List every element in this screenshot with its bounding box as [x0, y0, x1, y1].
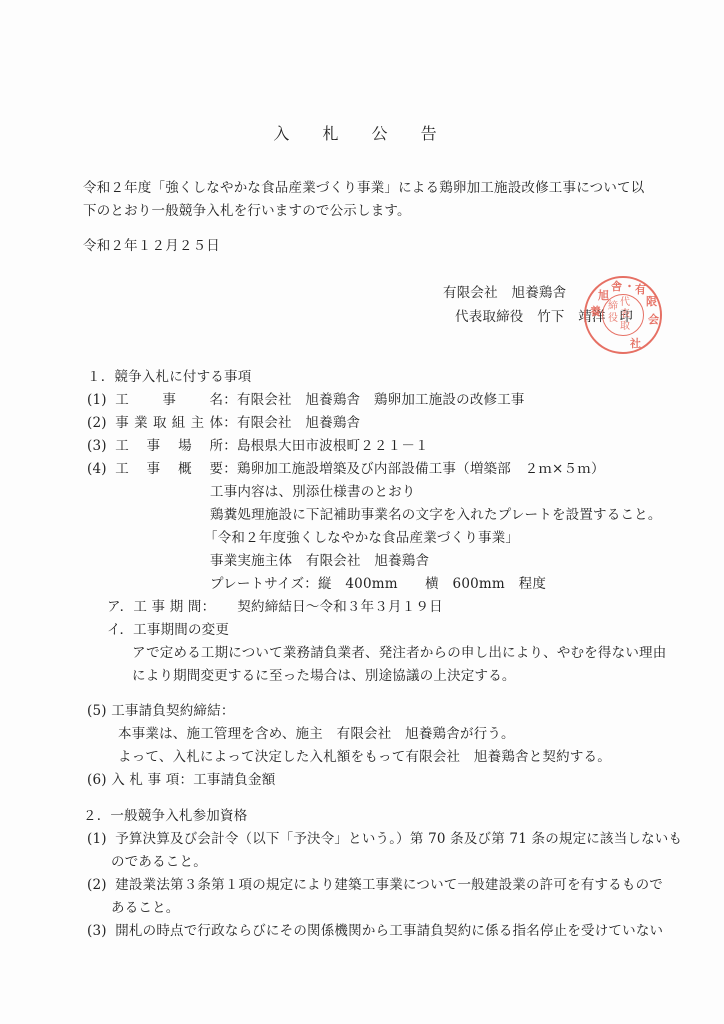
- seal-char: 舎: [611, 281, 622, 292]
- period-a-label: ア．工 事 期 間：: [107, 599, 215, 615]
- period-b-line-2: により期間変更するに至った場合は、別途協議の上決定する。: [132, 668, 516, 684]
- item-number: (2): [87, 415, 107, 431]
- item-text: 予算決算及び会計令（以下「予決令」という。）第 70 条及び第 71 条の規定に…: [115, 831, 682, 847]
- item-number: (1): [87, 392, 107, 408]
- section-1-item-1: (1) 工 事 名：有限会社 旭養鶏舎 鶏卵加工施設の改修工事: [87, 392, 525, 408]
- period-a: ア．工 事 期 間：契約締結日～令和３年３月１９日: [107, 599, 443, 615]
- section-2-item-1: (1) 予算決算及び会計令（以下「予決令」という。）第 70 条及び第 71 条…: [87, 831, 682, 847]
- overview-line-5: プレートサイズ：縦 400mm 横 600mm 程度: [210, 576, 546, 592]
- seal-char: 締: [608, 302, 618, 312]
- section-2-item-2: (2) 建設業法第３条第１項の規定により建築工事業について一般建設業の許可を有す…: [87, 877, 663, 893]
- overview-line-4: 事業実施主体 有限会社 旭養鶏舎: [210, 553, 429, 569]
- notice-date: 令和２年１２月２５日: [83, 238, 220, 254]
- seal-char: 養: [590, 306, 601, 317]
- seal-char: 役: [608, 314, 618, 324]
- section-1-item-4: (4) 工 事 概 要：鶏卵加工施設増築及び内部設備工事（増築部 ２ｍ×５ｍ）: [87, 461, 605, 477]
- item-label: 工 事 場 所: [115, 438, 223, 454]
- seal-char: 社: [630, 338, 641, 349]
- seal-char: 限: [646, 296, 657, 307]
- document-page: 入 札 公 告 令和２年度「強くしなやかな食品産業づくり事業」による鶏卵加工施設…: [0, 0, 724, 1024]
- overview-line-2: 鶏糞処理施設に下記補助事業名の文字を入れたプレートを設置すること。: [210, 507, 662, 523]
- item-label: 工 事 概 要: [115, 461, 223, 477]
- item-6-label: (6) 入 札 事 項：: [87, 772, 193, 788]
- section-2-item-2-cont: あること。: [111, 900, 180, 916]
- section-1-item-5-label: (5) 工事請負契約締結：: [87, 703, 235, 719]
- seal-char: 有: [635, 284, 646, 295]
- item-number: (2): [87, 877, 107, 893]
- section-2-item-1-cont: のであること。: [111, 854, 207, 870]
- item-number: (1): [87, 831, 107, 847]
- item-label: 事業取組主体: [115, 415, 223, 431]
- label-colon: ：: [223, 415, 237, 431]
- seal-char: ・: [624, 281, 635, 292]
- seal-char: 代: [620, 298, 630, 308]
- item-number: (3): [87, 438, 107, 454]
- period-b-label: イ．工事期間の変更: [107, 622, 229, 638]
- section-1-item-2: (2) 事業取組主体：有限会社 旭養鶏舎: [87, 415, 360, 431]
- item-value: 有限会社 旭養鶏舎 鶏卵加工施設の改修工事: [237, 392, 525, 408]
- intro-line-2: 下のとおり一般競争入札を行いますので公示します。: [83, 203, 411, 219]
- seal-char: 会: [648, 314, 659, 325]
- item-6-value: 工事請負金額: [193, 772, 275, 788]
- intro-line-1: 令和２年度「強くしなやかな食品産業づくり事業」による鶏卵加工施設改修工事について…: [83, 180, 644, 196]
- section-2-item-3: (3) 開札の時点で行政ならびにその関係機関から工事請負契約に係る指名停止を受け…: [87, 923, 663, 939]
- item-number: (3): [87, 923, 107, 939]
- item-label: 工 事 名: [115, 392, 223, 408]
- document-title: 入 札 公 告: [0, 121, 724, 144]
- period-a-value: 契約締結日～令和３年３月１９日: [237, 599, 443, 615]
- seal-char: 表: [620, 310, 630, 320]
- seal-char: 取: [620, 322, 630, 332]
- item-5-line-1: 本事業は、施工管理を含め、施主 有限会社 旭養鶏舎が行う。: [118, 726, 515, 742]
- section-1-heading: １．競争入札に付する事項: [87, 369, 251, 385]
- overview-line-3: 「令和２年度強くしなやかな食品産業づくり事業」: [204, 530, 519, 546]
- label-colon: ：: [223, 461, 237, 477]
- item-5-line-2: よって、入札によって決定した入札額をもって有限会社 旭養鶏舎と契約する。: [118, 749, 611, 765]
- period-b-line-1: アで定める工期について業務請負業者、発注者からの申し出により、やむを得ない理由: [132, 645, 666, 661]
- label-colon: ：: [223, 438, 237, 454]
- item-number: (4): [87, 461, 107, 477]
- seal-char: 旭: [598, 290, 609, 301]
- section-1-item-6: (6) 入 札 事 項：工事請負金額: [87, 772, 275, 788]
- item-value: 鶏卵加工施設増築及び内部設備工事（増築部 ２ｍ×５ｍ）: [237, 461, 605, 477]
- section-1-item-3: (3) 工 事 場 所：島根県大田市波根町２２１－１: [87, 438, 429, 454]
- item-value: 有限会社 旭養鶏舎: [237, 415, 360, 431]
- label-colon: ：: [223, 392, 237, 408]
- item-value: 島根県大田市波根町２２１－１: [237, 438, 429, 454]
- item-text: 建設業法第３条第１項の規定により建築工事業について一般建設業の許可を有するもので: [115, 877, 663, 893]
- section-2-heading: ２．一般競争入札参加資格: [83, 808, 247, 824]
- item-text: 開札の時点で行政ならびにその関係機関から工事請負契約に係る指名停止を受けていない: [115, 923, 663, 939]
- overview-line-1: 工事内容は、別添仕様書のとおり: [210, 484, 416, 500]
- issuer-company: 有限会社 旭養鶏舎: [443, 285, 566, 301]
- company-seal-stamp: 舎 ・ 有 限 会 社 養 旭 締 代 役 表 取: [584, 276, 662, 354]
